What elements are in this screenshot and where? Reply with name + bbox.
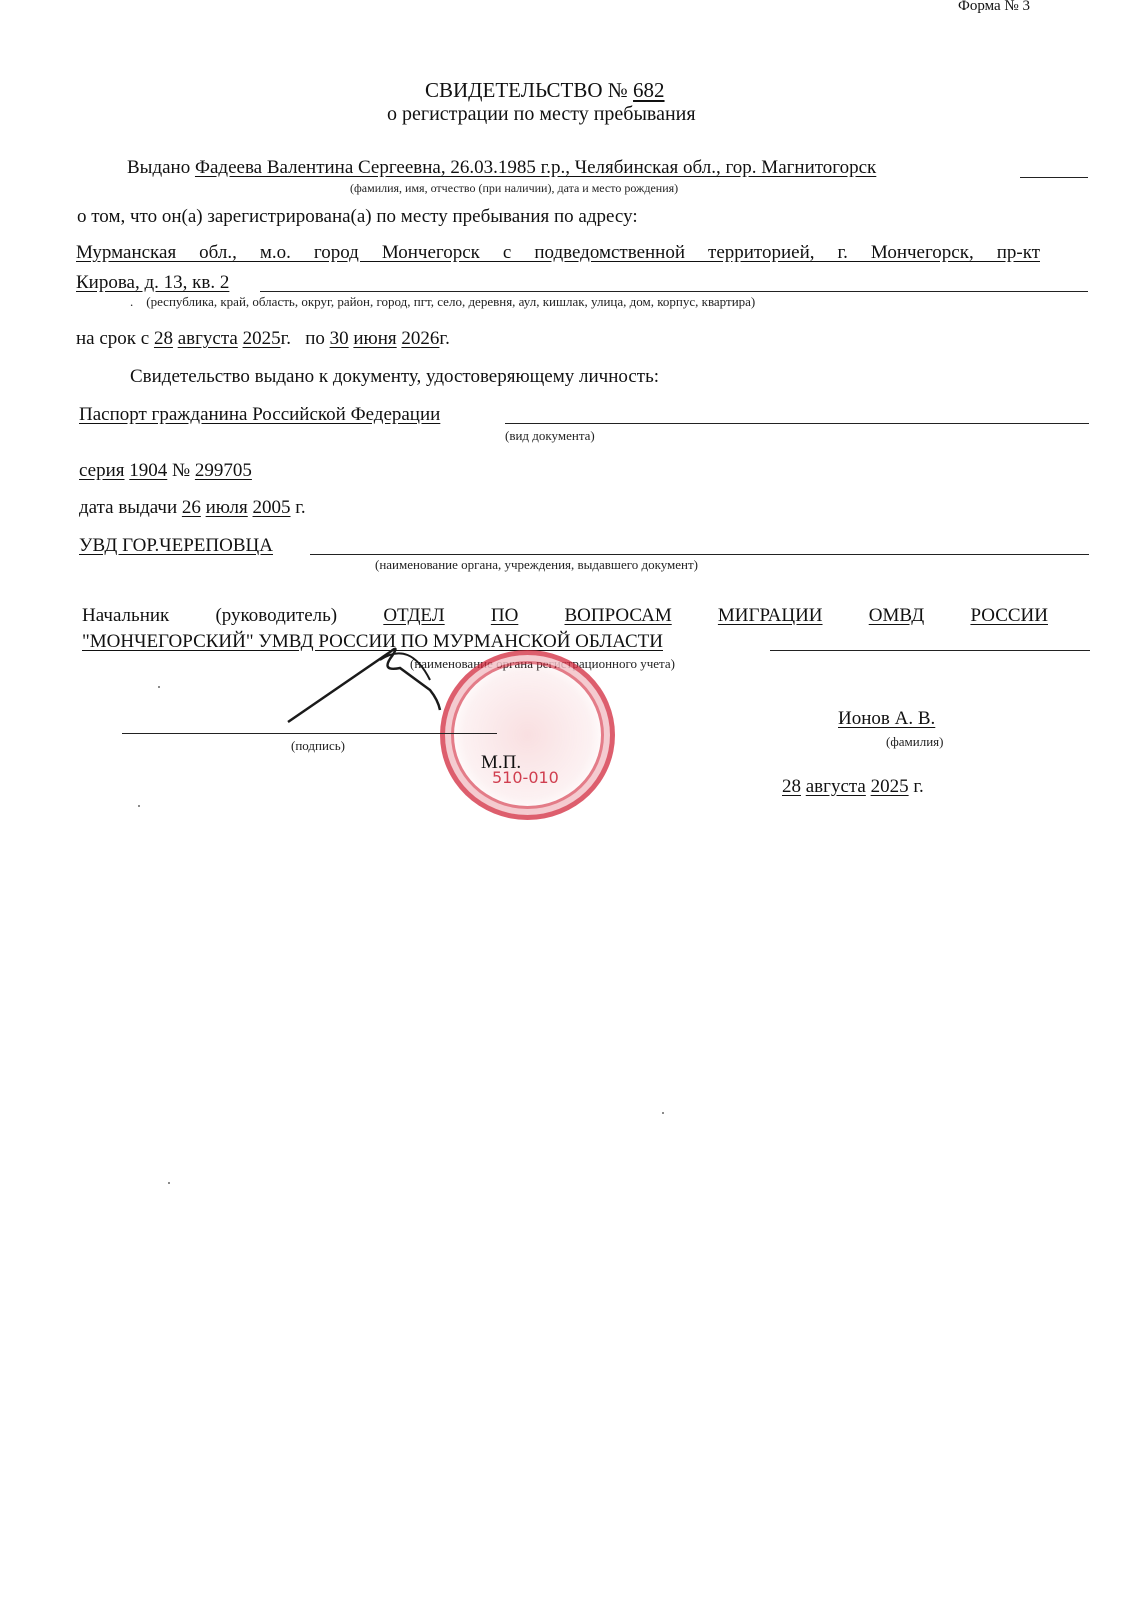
- issuer-caption: (наименование органа, учреждения, выдавш…: [375, 557, 698, 573]
- certificate-heading: СВИДЕТЕЛЬСТВО № 682: [425, 78, 665, 103]
- number-label: №: [172, 460, 190, 481]
- authority-word: ОТДЕЛ: [383, 605, 444, 627]
- signing-month: августа: [806, 776, 866, 797]
- registration-period: на срок с 28 августа 2025г. по 30 июня 2…: [76, 328, 450, 350]
- address-underline: [260, 291, 1088, 292]
- scan-speck: [138, 805, 140, 807]
- handwritten-signature-icon: [280, 630, 460, 730]
- period-from-month: августа: [178, 328, 238, 349]
- authority-label-1: Начальник: [82, 605, 169, 627]
- authority-label-2: (руководитель): [215, 605, 337, 627]
- authority-word: РОССИИ: [970, 605, 1048, 627]
- address-caption-text: (республика, край, область, округ, район…: [146, 294, 755, 309]
- authority-underline: [770, 650, 1090, 651]
- period-to-day: 30: [330, 328, 349, 349]
- identity-type-caption: (вид документа): [505, 428, 595, 444]
- stamp-place-label: М.П.: [481, 752, 521, 774]
- official-stamp: [440, 650, 615, 820]
- authority-word: МИГРАЦИИ: [718, 605, 823, 627]
- issued-to-value: Фадеева Валентина Сергеевна, 26.03.1985 …: [195, 157, 876, 178]
- signing-day: 28: [782, 776, 801, 797]
- period-prefix: на срок с: [76, 328, 149, 349]
- signature-line: [122, 733, 497, 734]
- signing-year: 2025: [871, 776, 909, 797]
- issue-date-label: дата выдачи: [79, 497, 177, 518]
- period-to-month: июня: [353, 328, 396, 349]
- passport-issuer: УВД ГОР.ЧЕРЕПОВЦА: [79, 535, 273, 557]
- signing-date: 28 августа 2025 г.: [782, 776, 924, 798]
- address-line-1: Мурманская обл., м.о. город Мончегорск с…: [76, 242, 1040, 264]
- period-to-year: 2026: [401, 328, 439, 349]
- certificate-subtitle: о регистрации по месту пребывания: [387, 103, 696, 126]
- form-label: Форма № 3: [958, 0, 1030, 15]
- official-surname-text: Ионов А. В.: [838, 708, 935, 729]
- period-to-suffix: г.: [439, 328, 449, 349]
- issue-suffix: г.: [295, 497, 305, 518]
- passport-number: 299705: [195, 460, 252, 481]
- period-from-suffix: г.: [281, 328, 291, 349]
- scan-speck: [168, 1182, 170, 1184]
- authority-word: ОМВД: [869, 605, 925, 627]
- official-surname: Ионов А. В.: [838, 708, 935, 730]
- signature-caption: (подпись): [291, 738, 345, 754]
- issued-to-underline: [1020, 177, 1088, 178]
- issuer-underline: [310, 554, 1089, 555]
- identity-type-underline: [505, 423, 1089, 424]
- address-caption: . (республика, край, область, округ, рай…: [130, 294, 755, 310]
- address-line-1-text: Мурманская обл., м.о. город Мончегорск с…: [76, 242, 1040, 263]
- heading-prefix: СВИДЕТЕЛЬСТВО №: [425, 78, 628, 102]
- issued-to-label: Выдано: [127, 157, 190, 178]
- address-line-2-text: Кирова, д. 13, кв. 2: [76, 272, 229, 293]
- scan-speck: [662, 1112, 664, 1114]
- passport-series: 1904: [129, 460, 167, 481]
- authority-word: ВОПРОСАМ: [565, 605, 672, 627]
- series-label: серия: [79, 460, 125, 481]
- issued-to-caption: (фамилия, имя, отчество (при наличии), д…: [350, 181, 678, 196]
- passport-issue-date: дата выдачи 26 июля 2005 г.: [79, 497, 306, 519]
- period-from-year: 2025: [243, 328, 281, 349]
- authority-line-1: Начальник (руководитель) ОТДЕЛ ПО ВОПРОС…: [82, 605, 1048, 627]
- identity-type: Паспорт гражданина Российской Федерации: [79, 404, 440, 426]
- period-to-label: по: [305, 328, 325, 349]
- signing-suffix: г.: [913, 776, 923, 797]
- period-from-day: 28: [154, 328, 173, 349]
- passport-series-number: серия 1904 № 299705: [79, 460, 252, 482]
- authority-word: ПО: [491, 605, 518, 627]
- surname-caption: (фамилия): [886, 734, 943, 750]
- issue-year: 2005: [253, 497, 291, 518]
- issue-month: июля: [206, 497, 248, 518]
- identity-type-text: Паспорт гражданина Российской Федерации: [79, 404, 440, 425]
- issued-to-row: Выдано Фадеева Валентина Сергеевна, 26.0…: [127, 157, 876, 179]
- scan-speck: [158, 686, 160, 688]
- registration-statement: о том, что он(а) зарегистрирована(а) по …: [77, 206, 638, 228]
- address-line-2: Кирова, д. 13, кв. 2: [76, 272, 229, 294]
- identity-intro: Свидетельство выдано к документу, удосто…: [130, 366, 659, 388]
- certificate-number: 682: [633, 78, 665, 102]
- issue-day: 26: [182, 497, 201, 518]
- issuer-text: УВД ГОР.ЧЕРЕПОВЦА: [79, 535, 273, 556]
